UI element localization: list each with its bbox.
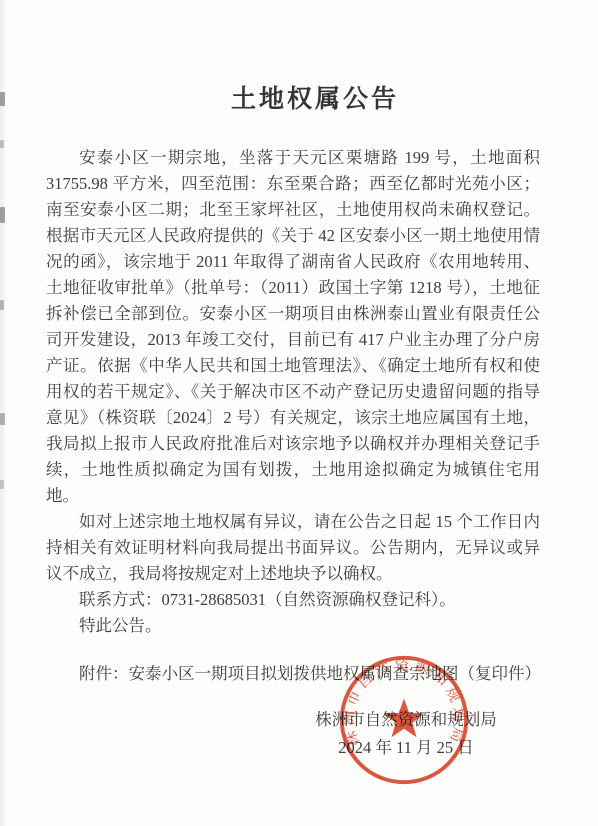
document-body: 安泰小区一期宗地，坐落于天元区栗塘路 199 号，土地面积 31755.98 平… bbox=[46, 145, 540, 639]
document-content: 土地权属公告 安泰小区一期宗地，坐落于天元区栗塘路 199 号，土地面积 317… bbox=[46, 84, 540, 687]
announcement-page: 土地权属公告 安泰小区一期宗地，坐落于天元区栗塘路 199 号，土地面积 317… bbox=[0, 0, 598, 826]
scan-artifact bbox=[0, 413, 5, 425]
signature-block: 株洲市自然资源和规划局 2024 年 11 月 25 日 bbox=[300, 706, 512, 762]
scan-artifact bbox=[0, 480, 4, 489]
scan-artifact bbox=[0, 300, 4, 310]
paragraph-main: 安泰小区一期宗地，坐落于天元区栗塘路 199 号，土地面积 31755.98 平… bbox=[46, 145, 540, 509]
attachment-line: 附件：安泰小区一期项目拟划拨供地权属调查宗地图（复印件） bbox=[46, 661, 540, 687]
signature-organization: 株洲市自然资源和规划局 bbox=[300, 706, 512, 734]
signature-date: 2024 年 11 月 25 日 bbox=[300, 734, 512, 762]
scan-artifact bbox=[0, 92, 5, 106]
contact-line: 联系方式：0731-28685031（自然资源确权登记科）。 bbox=[46, 587, 540, 613]
closing-line: 特此公告。 bbox=[46, 613, 540, 639]
document-title: 土地权属公告 bbox=[68, 84, 562, 116]
scan-artifact bbox=[0, 140, 4, 148]
paragraph-objection: 如对上述宗地土地权属有异议，请在公告之日起 15 个工作日内持相关有效证明材料向… bbox=[46, 509, 540, 587]
scan-artifact bbox=[0, 207, 5, 223]
